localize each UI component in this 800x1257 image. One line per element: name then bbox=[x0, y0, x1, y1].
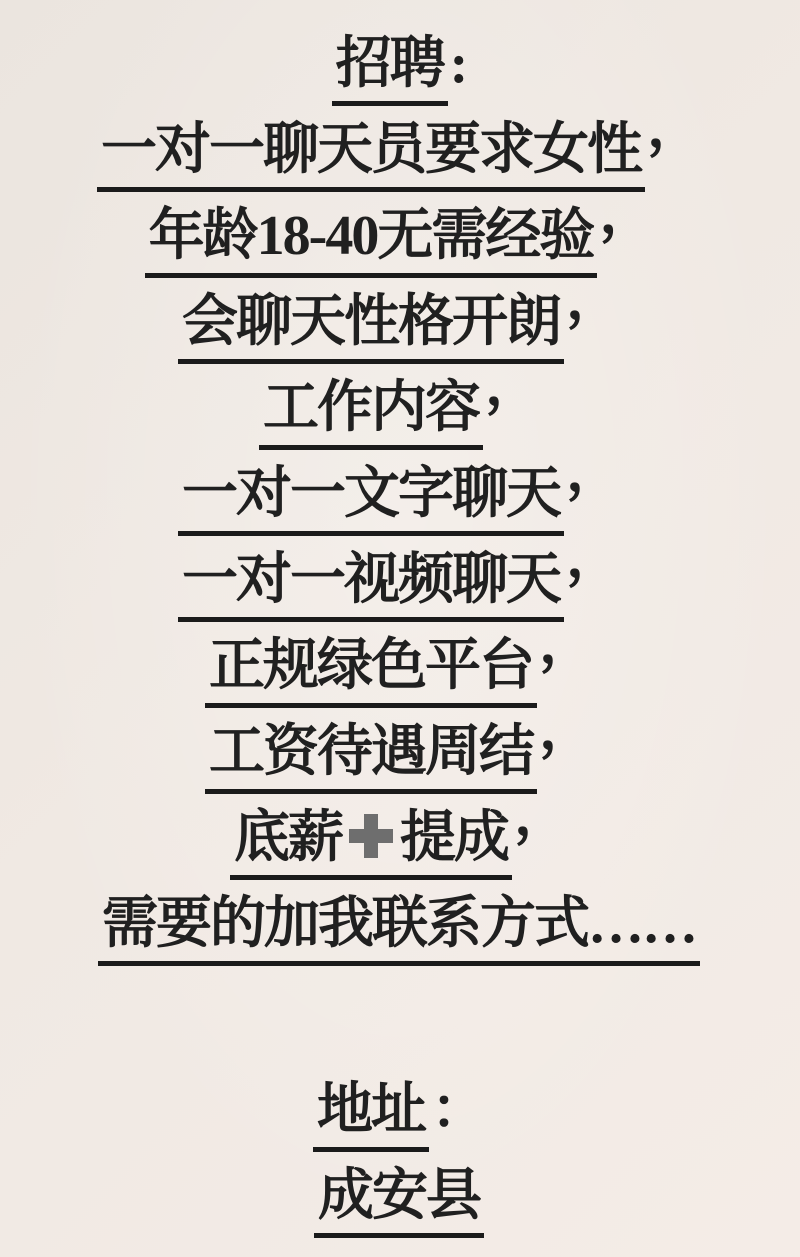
comma: ， bbox=[566, 530, 622, 586]
line-text: 一对一视频聊天 bbox=[178, 552, 564, 622]
address-label: 地址 bbox=[313, 1082, 429, 1152]
text-line-contact: 需要的加我联系方式…… bbox=[98, 896, 702, 966]
text-line-video-chat: 一对一视频聊天， bbox=[178, 552, 622, 622]
text-line-age-experience: 年龄18-40无需经验， bbox=[145, 208, 656, 278]
title-text: 招聘 bbox=[332, 36, 448, 106]
comma: ， bbox=[647, 100, 703, 156]
comma: ， bbox=[566, 444, 622, 500]
text-line-base-salary-commission: 底薪提成， bbox=[230, 810, 570, 880]
line-text: 需要的加我联系方式…… bbox=[98, 896, 700, 966]
address-colon: ： bbox=[431, 1082, 487, 1138]
address-label-line: 地址： bbox=[313, 1082, 487, 1152]
line-text: 会聊天性格开朗 bbox=[178, 294, 564, 364]
text-line-salary-weekly: 工资待遇周结， bbox=[205, 724, 595, 794]
comma: ， bbox=[485, 358, 541, 414]
plus-icon bbox=[347, 812, 395, 860]
line-text: 一对一文字聊天 bbox=[178, 466, 564, 536]
comma: ， bbox=[566, 272, 622, 328]
address-value-line: 成安县 bbox=[314, 1168, 486, 1238]
comma: ， bbox=[539, 702, 595, 758]
address-value: 成安县 bbox=[314, 1168, 484, 1238]
text-line-personality: 会聊天性格开朗， bbox=[178, 294, 622, 364]
line-text: 工作内容 bbox=[259, 380, 483, 450]
text-line-job-content: 工作内容， bbox=[259, 380, 541, 450]
comma: ， bbox=[539, 616, 595, 672]
line-text: 正规绿色平台 bbox=[205, 638, 537, 708]
text-line-text-chat: 一对一文字聊天， bbox=[178, 466, 622, 536]
line-text: 工资待遇周结 bbox=[205, 724, 537, 794]
line-text: 一对一聊天员要求女性 bbox=[97, 122, 645, 192]
line-text-after-plus: 提成 bbox=[400, 807, 508, 869]
recruitment-poster: 招聘: 一对一聊天员要求女性， 年龄18-40无需经验， 会聊天性格开朗， 工作… bbox=[0, 0, 800, 1257]
poster-title-line: 招聘: bbox=[332, 36, 469, 106]
comma: ， bbox=[599, 186, 655, 242]
line-with-plus: 底薪提成 bbox=[230, 810, 512, 880]
text-line-requirement-gender: 一对一聊天员要求女性， bbox=[97, 122, 703, 192]
title-colon: : bbox=[450, 36, 469, 92]
text-line-platform: 正规绿色平台， bbox=[205, 638, 595, 708]
line-text-before-plus: 底薪 bbox=[234, 807, 342, 869]
line-text: 年龄18-40无需经验 bbox=[145, 208, 598, 278]
comma: ， bbox=[514, 788, 570, 844]
